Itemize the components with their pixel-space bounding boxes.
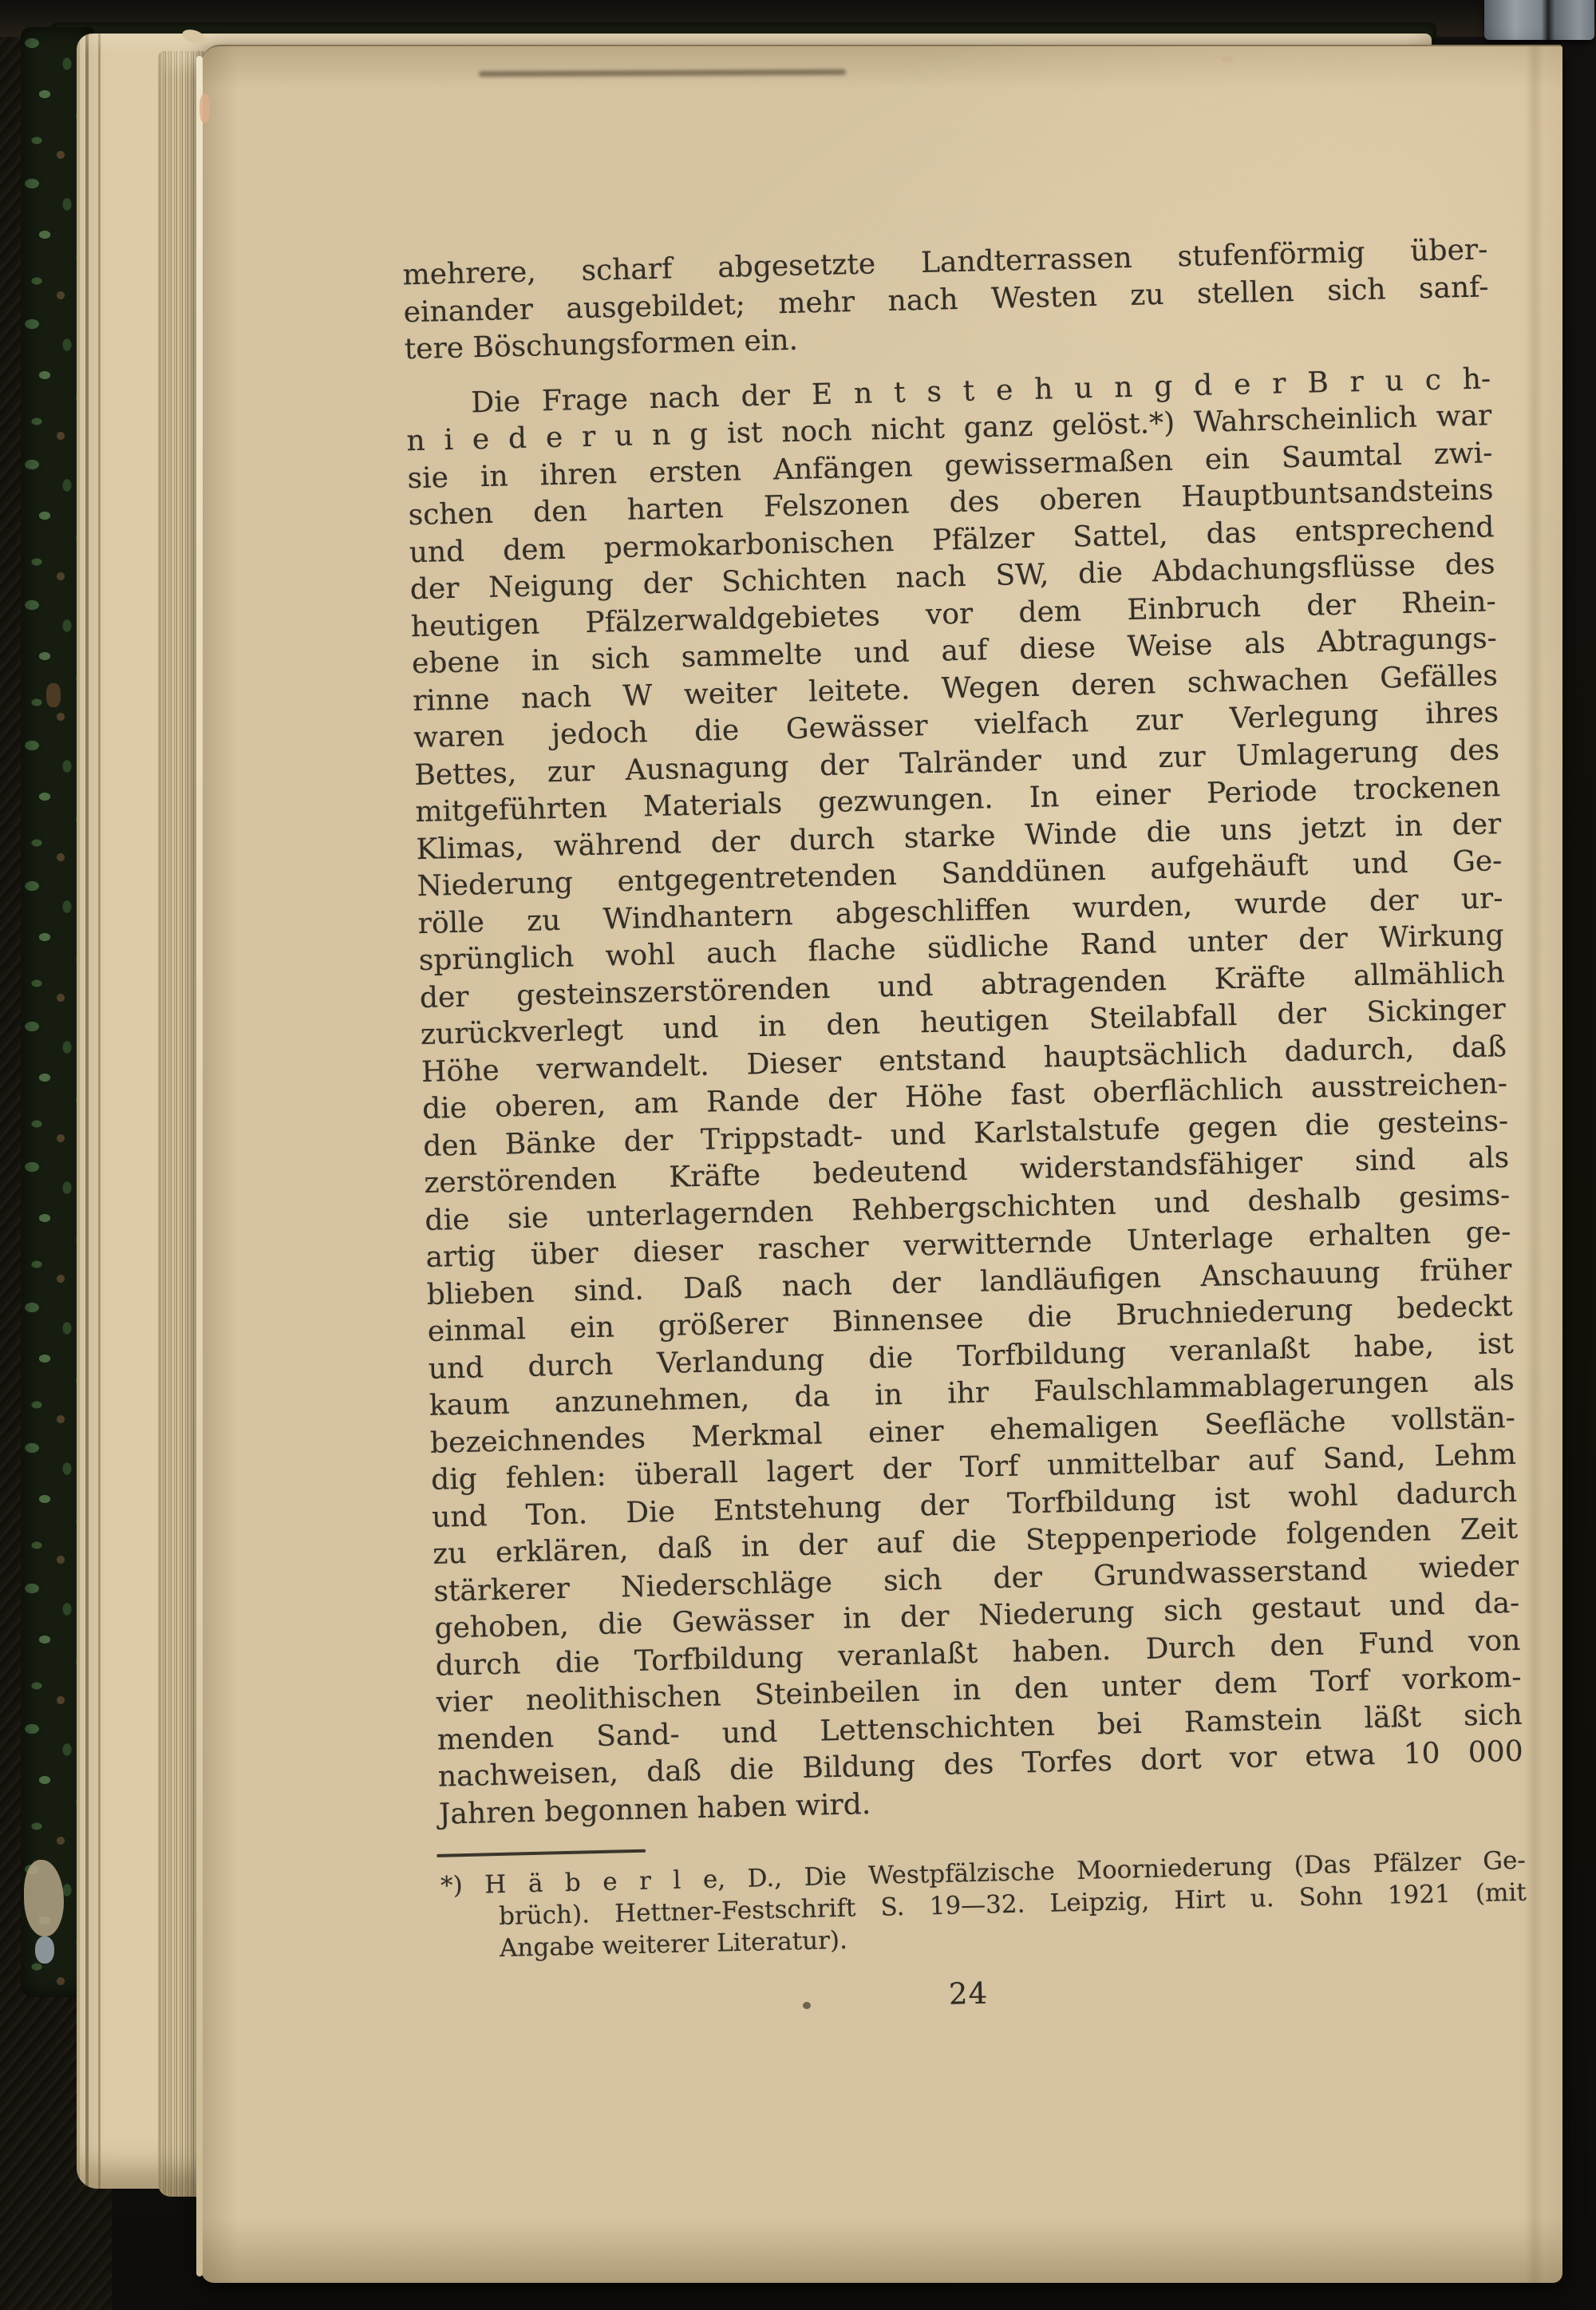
- paper-fleck: [199, 94, 210, 123]
- paper-fleck: [1221, 56, 1234, 62]
- footnote-separator: [437, 1849, 646, 1857]
- page-number: 24: [948, 1976, 988, 2011]
- cover-wear-mark: [46, 683, 61, 707]
- scanned-book-photo: mehrere, scharf abgesetzte Landterrassen…: [0, 0, 1596, 2310]
- footnote: *) H ä b e r l e, D., Die Westpfälzische…: [440, 1845, 1527, 1966]
- page-number-row: 24: [425, 1963, 1511, 2027]
- page-content: mehrere, scharf abgesetzte Landterrassen…: [402, 231, 1529, 2026]
- body-text: mehrere, scharf abgesetzte Landterrassen…: [402, 231, 1524, 1833]
- paragraph: mehrere, scharf abgesetzte Landterrassen…: [402, 231, 1490, 369]
- cover-glint: [35, 1936, 54, 1964]
- page-top-shadow: [479, 69, 846, 77]
- metal-clip: [1484, 0, 1594, 40]
- page-speck: [803, 2002, 811, 2009]
- book-page: mehrere, scharf abgesetzte Landterrassen…: [201, 45, 1562, 2283]
- paragraph: Die Frage nach der E n t s t e h u n g d…: [405, 361, 1524, 1833]
- page-crease: [1526, 46, 1543, 2283]
